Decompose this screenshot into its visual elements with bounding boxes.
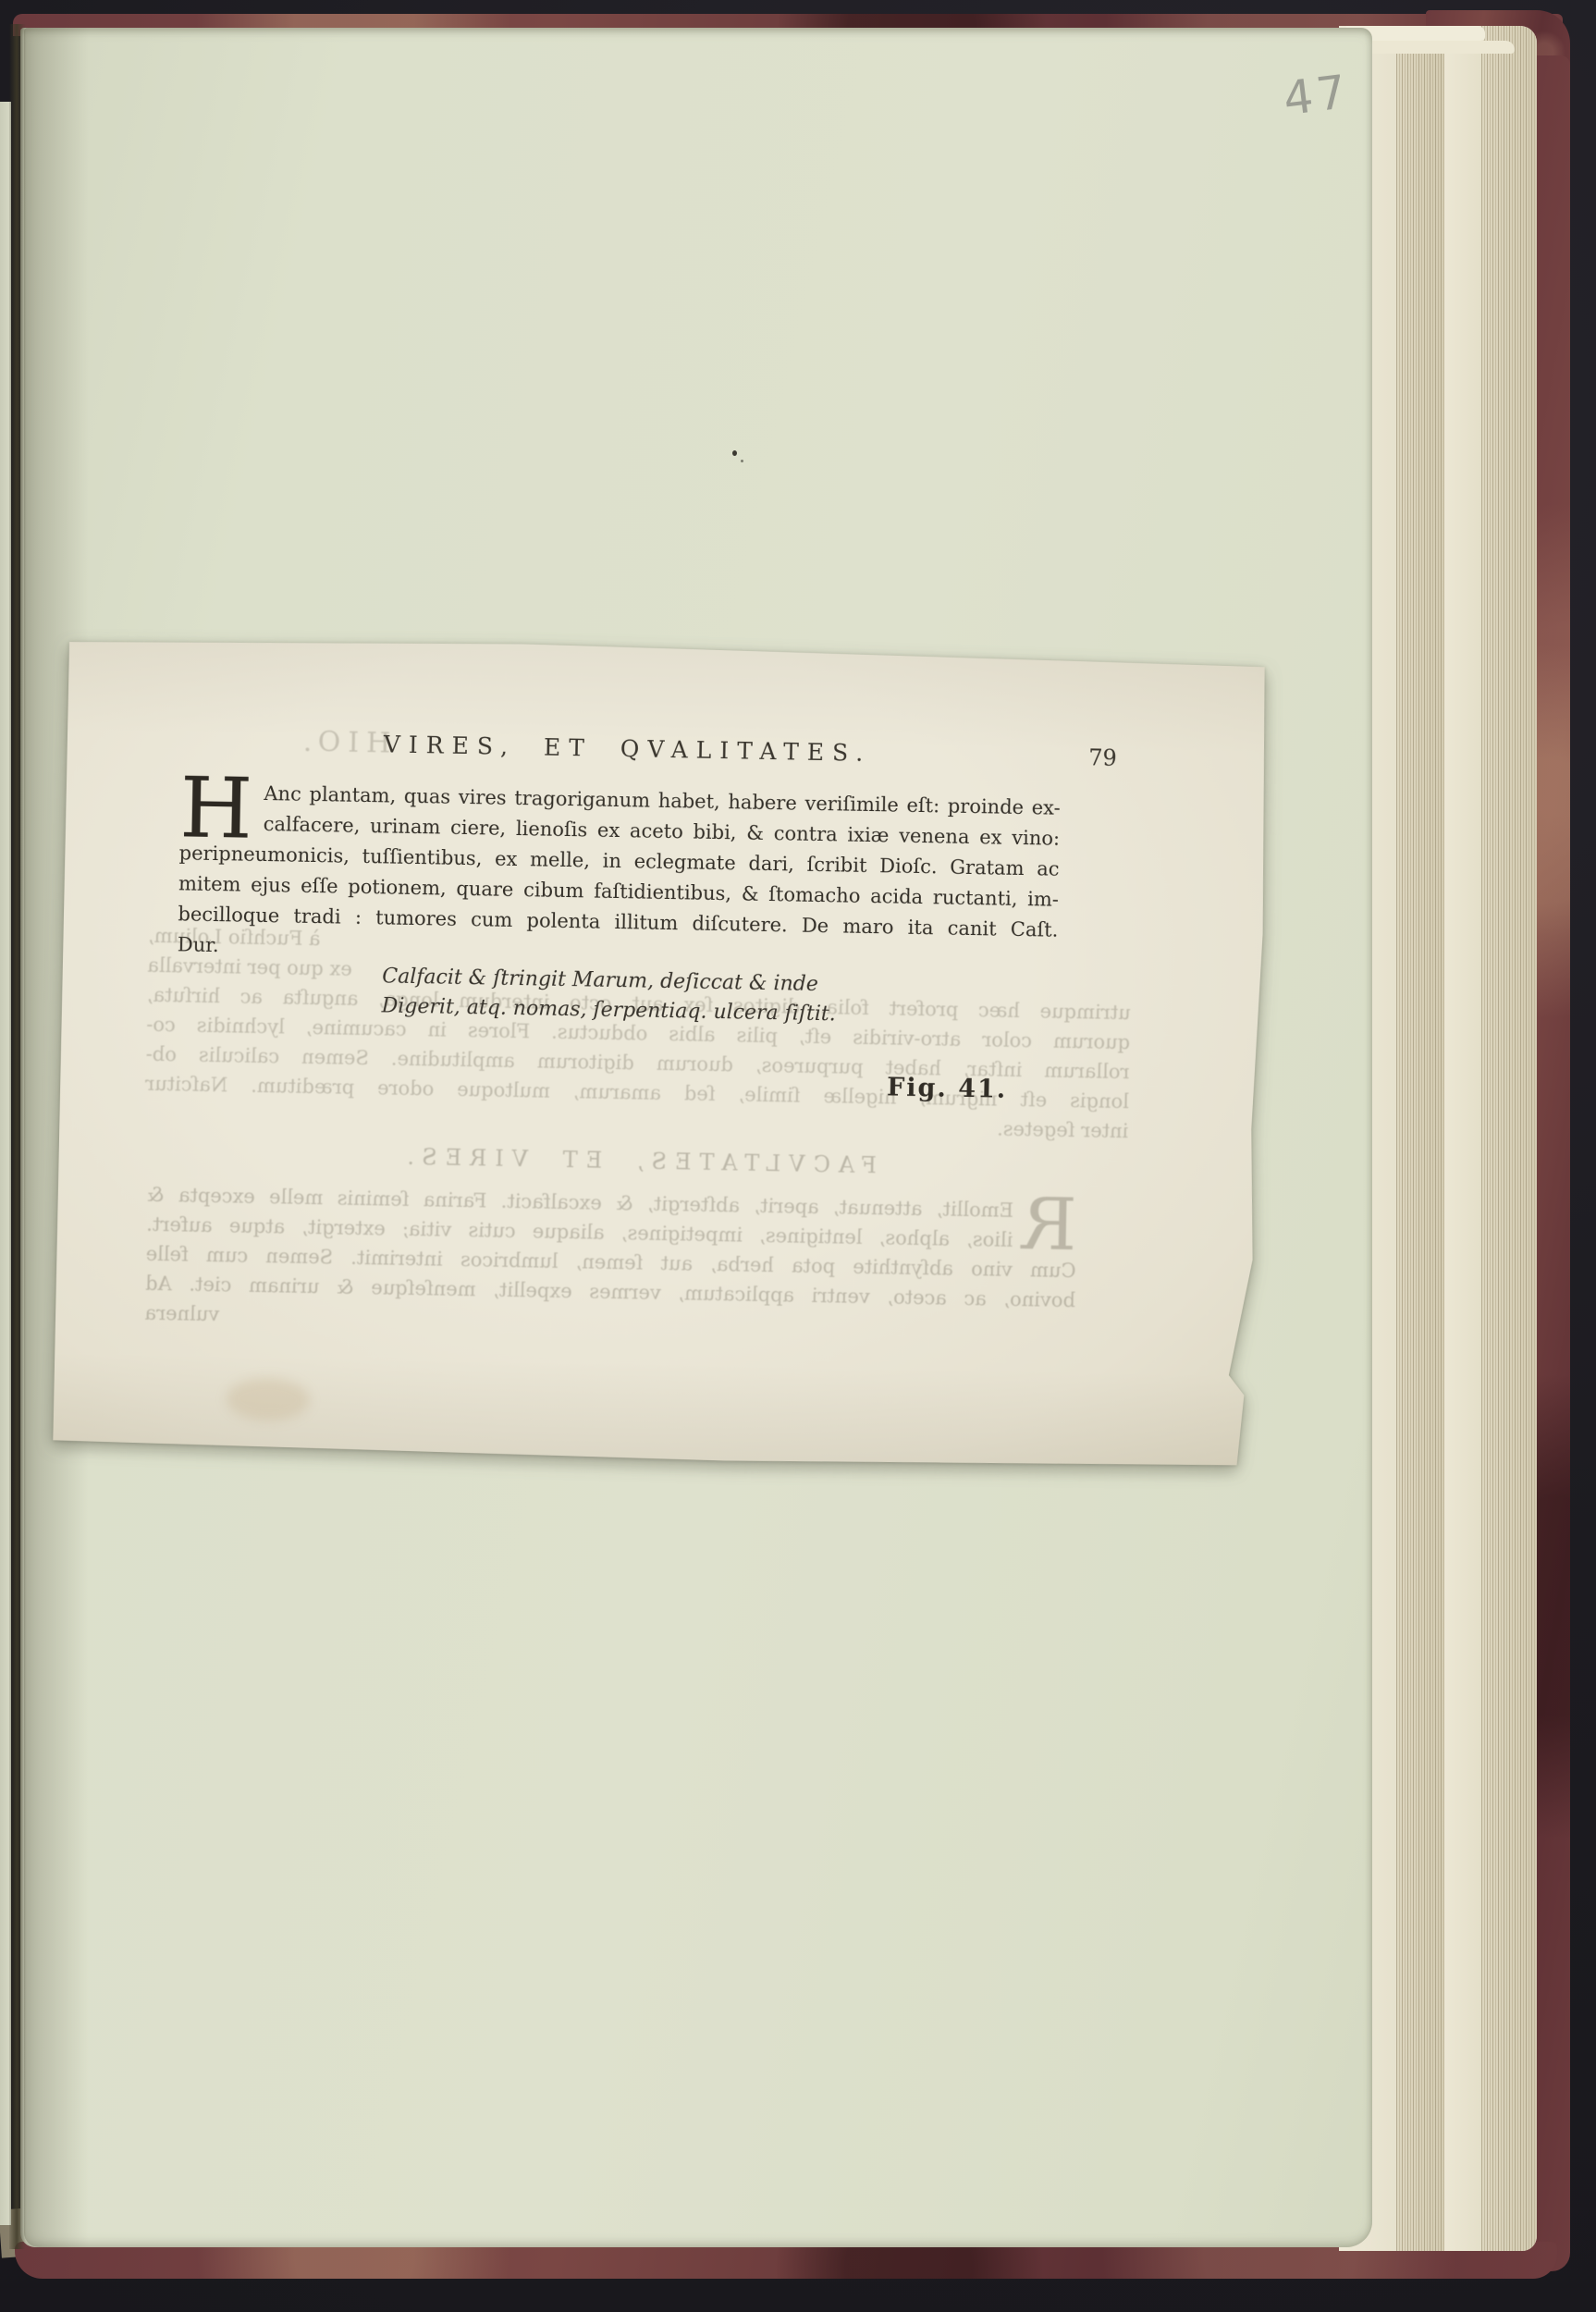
pasted-leaf: HIO. VIRES, ET QVALITATES. 79 H Anc plan… [50, 634, 1269, 1472]
fore-edge-band [1444, 26, 1481, 2251]
pencil-folio-number: 47 [1281, 65, 1353, 126]
figure-caption: Fig. 41. [887, 1073, 1008, 1103]
drop-cap-initial: H [179, 777, 264, 840]
bleedthrough-description: à Fuchſio Lolium, ex quo per intervalla … [144, 921, 1132, 1146]
bleedthrough-paragraph: R Emollit, attenuat, aperit, abſtergit, … [144, 1180, 1077, 1345]
fore-edge-band [1396, 26, 1444, 2251]
bleedthrough-drop-cap: R [1013, 1196, 1077, 1252]
book-photograph: 47 HIO. VIRES, ET QVALITATES. 79 H Anc p… [0, 0, 1596, 2312]
printed-page-number: 79 [1088, 744, 1117, 771]
book-cover-right-edge [1533, 55, 1570, 2271]
book-cover-bottom-edge [15, 2242, 1557, 2279]
ink-speck [732, 450, 737, 456]
pasted-leaf-wrapper: HIO. VIRES, ET QVALITATES. 79 H Anc plan… [50, 634, 1269, 1472]
ink-speck [741, 460, 743, 462]
fore-edge-band [1481, 26, 1537, 2251]
